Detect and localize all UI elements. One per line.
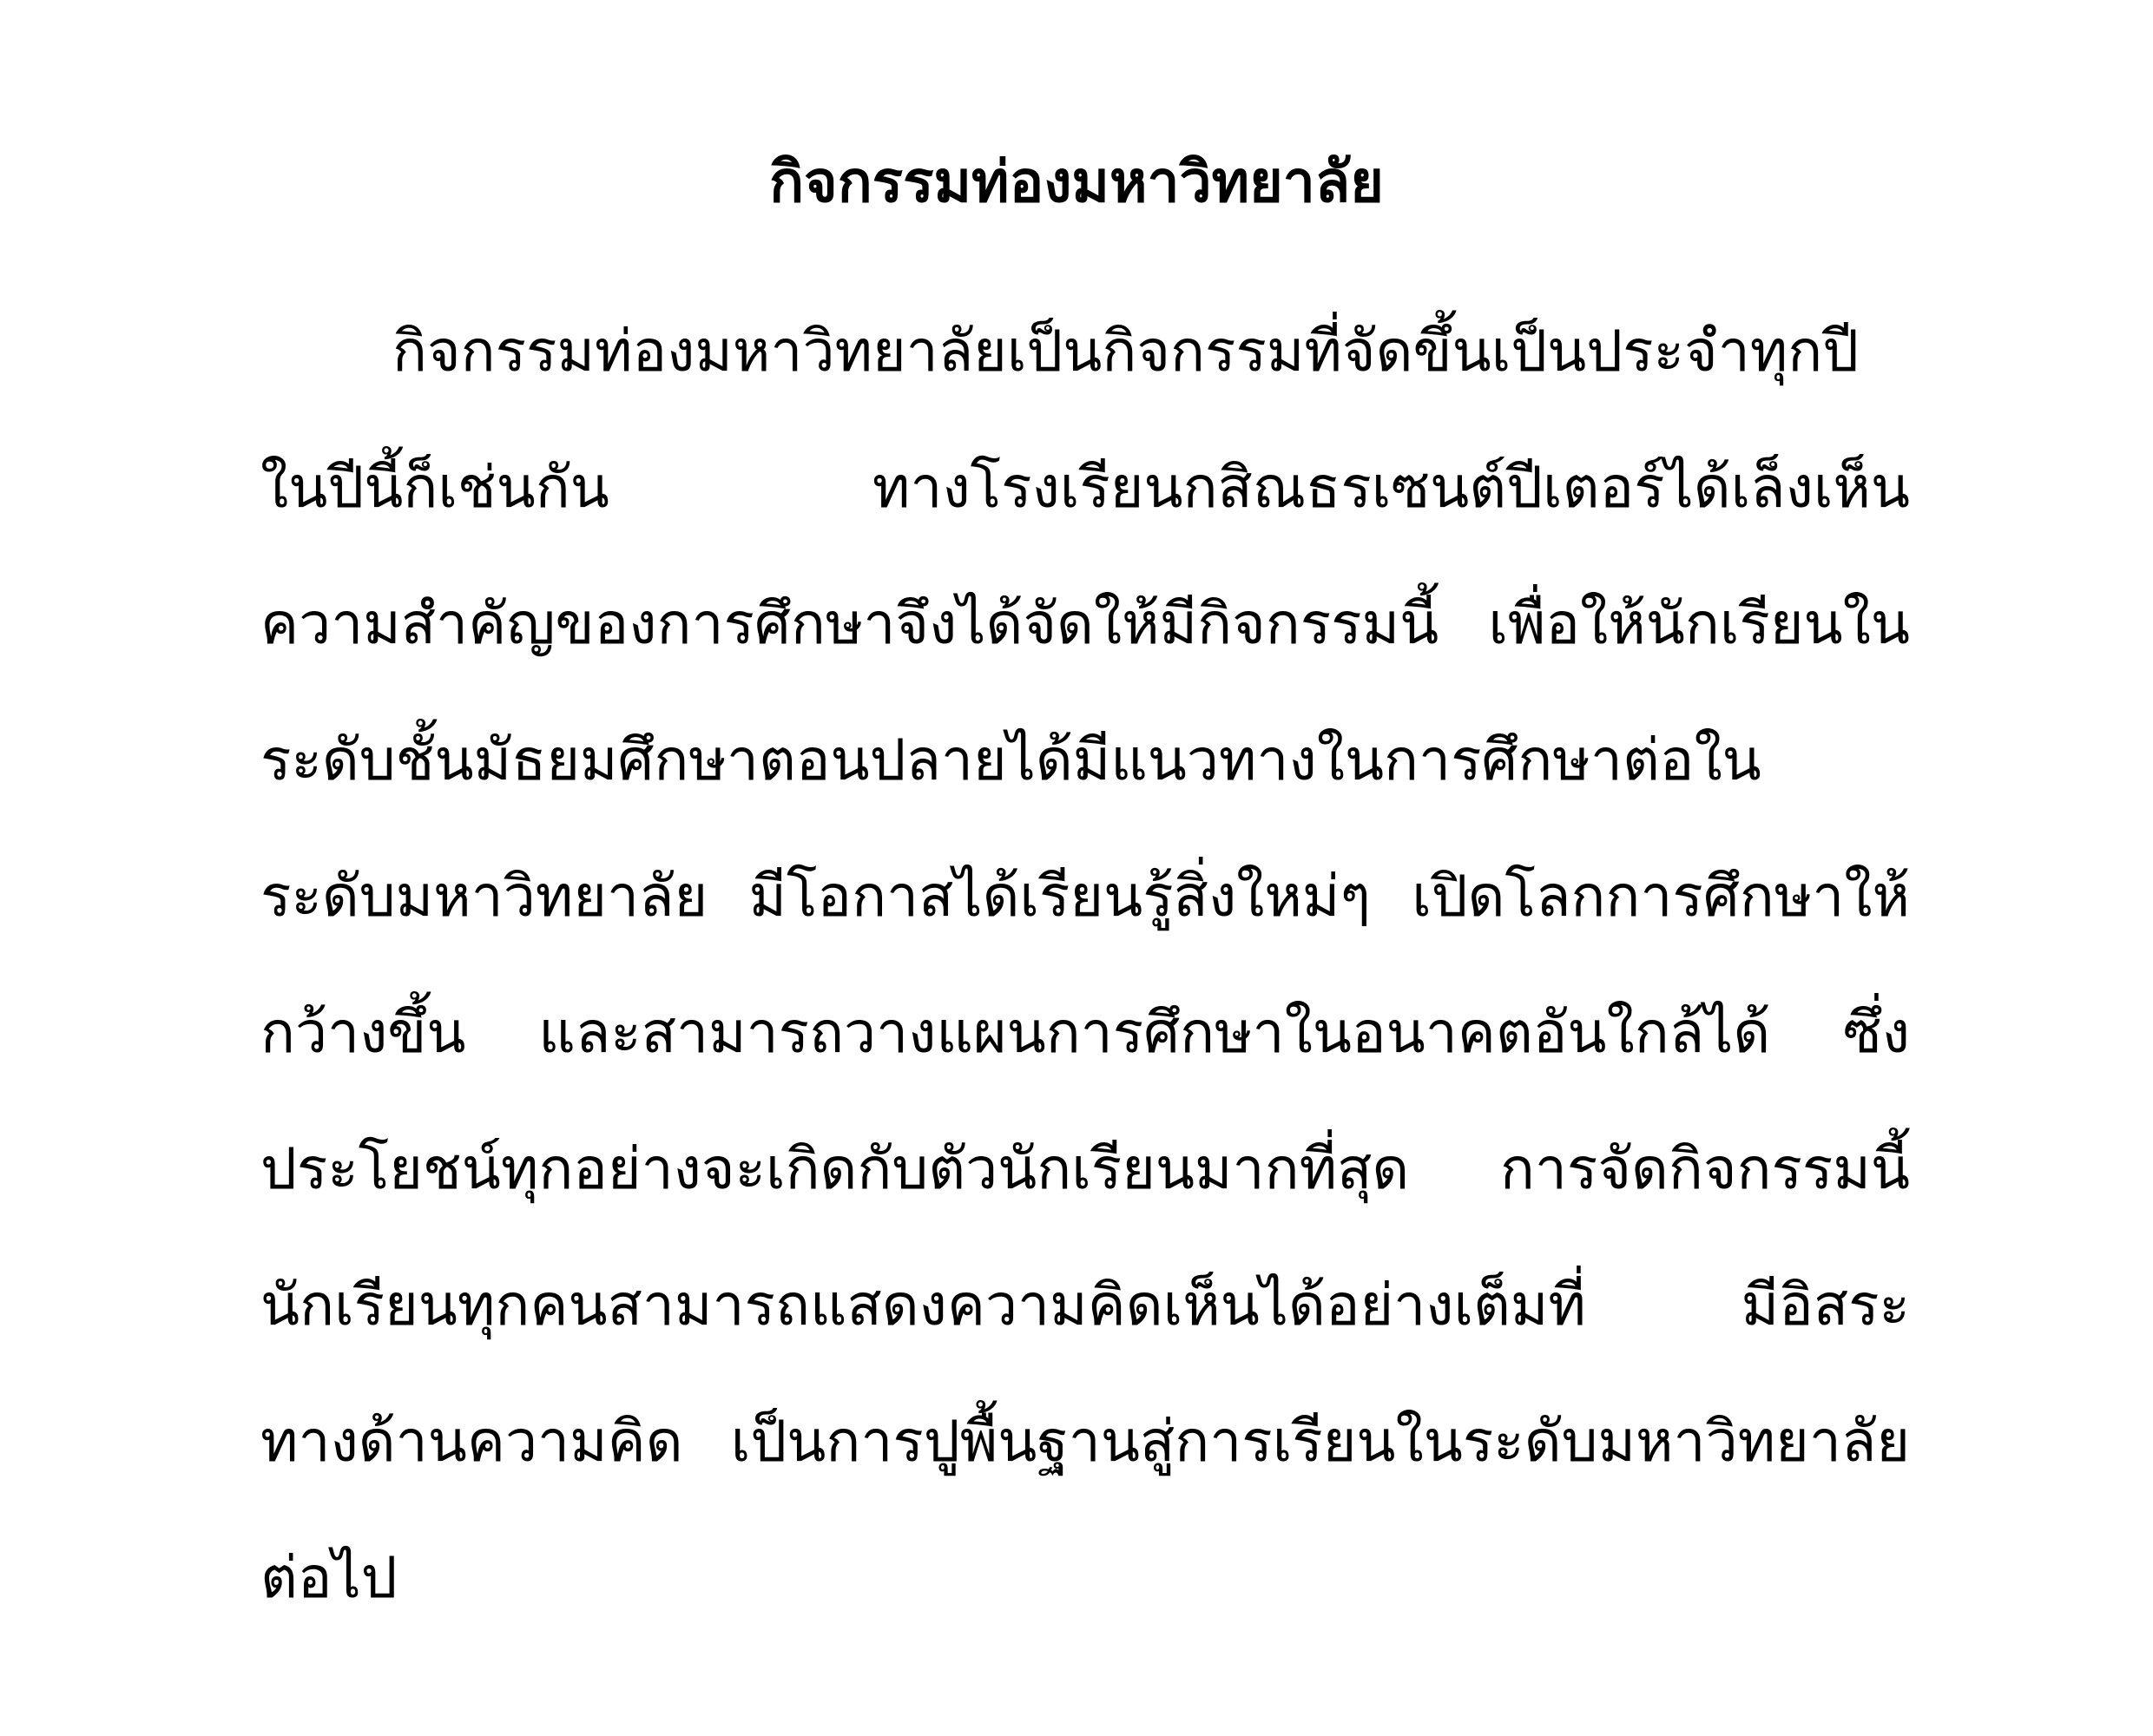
paragraph-line: ทางด้านความคิด เป็นการปูพื้นฐานสู่การเรี… xyxy=(260,1377,1910,1513)
paragraph-line: กิจกรรมท่องมหาวิทยาลัยเป็นกิจกรรมที่จัดข… xyxy=(260,286,1910,423)
paragraph-line: กว้างขึ้น และสามารถวางแผนการศึกษาในอนาคต… xyxy=(260,968,1910,1104)
document-title: กิจกรรมท่องมหาวิทยาลัย xyxy=(0,130,2153,234)
document-paragraph: กิจกรรมท่องมหาวิทยาลัยเป็นกิจกรรมที่จัดข… xyxy=(260,286,1910,1649)
paragraph-line: นักเรียนทุกคนสามารถแสดงความคิดเห็นได้อย่… xyxy=(260,1240,1910,1377)
paragraph-line: ต่อไป xyxy=(260,1513,1910,1649)
paragraph-line: ระดับมหาวิทยาลัย มีโอกาสได้เรียนรู้สิ่งใ… xyxy=(260,832,1910,968)
paragraph-line: ระดับชั้นมัธยมศึกษาตอนปลายได้มีแนวทางในก… xyxy=(260,695,1910,832)
paragraph-line: ความสำคัญของการศึกษาจึงได้จัดให้มีกิจกรร… xyxy=(260,559,1910,695)
document-page: กิจกรรมท่องมหาวิทยาลัย กิจกรรมท่องมหาวิท… xyxy=(0,0,2153,1736)
paragraph-line: ในปีนี้ก็เช่นกัน ทางโรงเรียนกสิณธรเซนต์ป… xyxy=(260,423,1910,559)
paragraph-line: ประโยชน์ทุกอย่างจะเกิดกับตัวนักเรียนมากท… xyxy=(260,1104,1910,1240)
